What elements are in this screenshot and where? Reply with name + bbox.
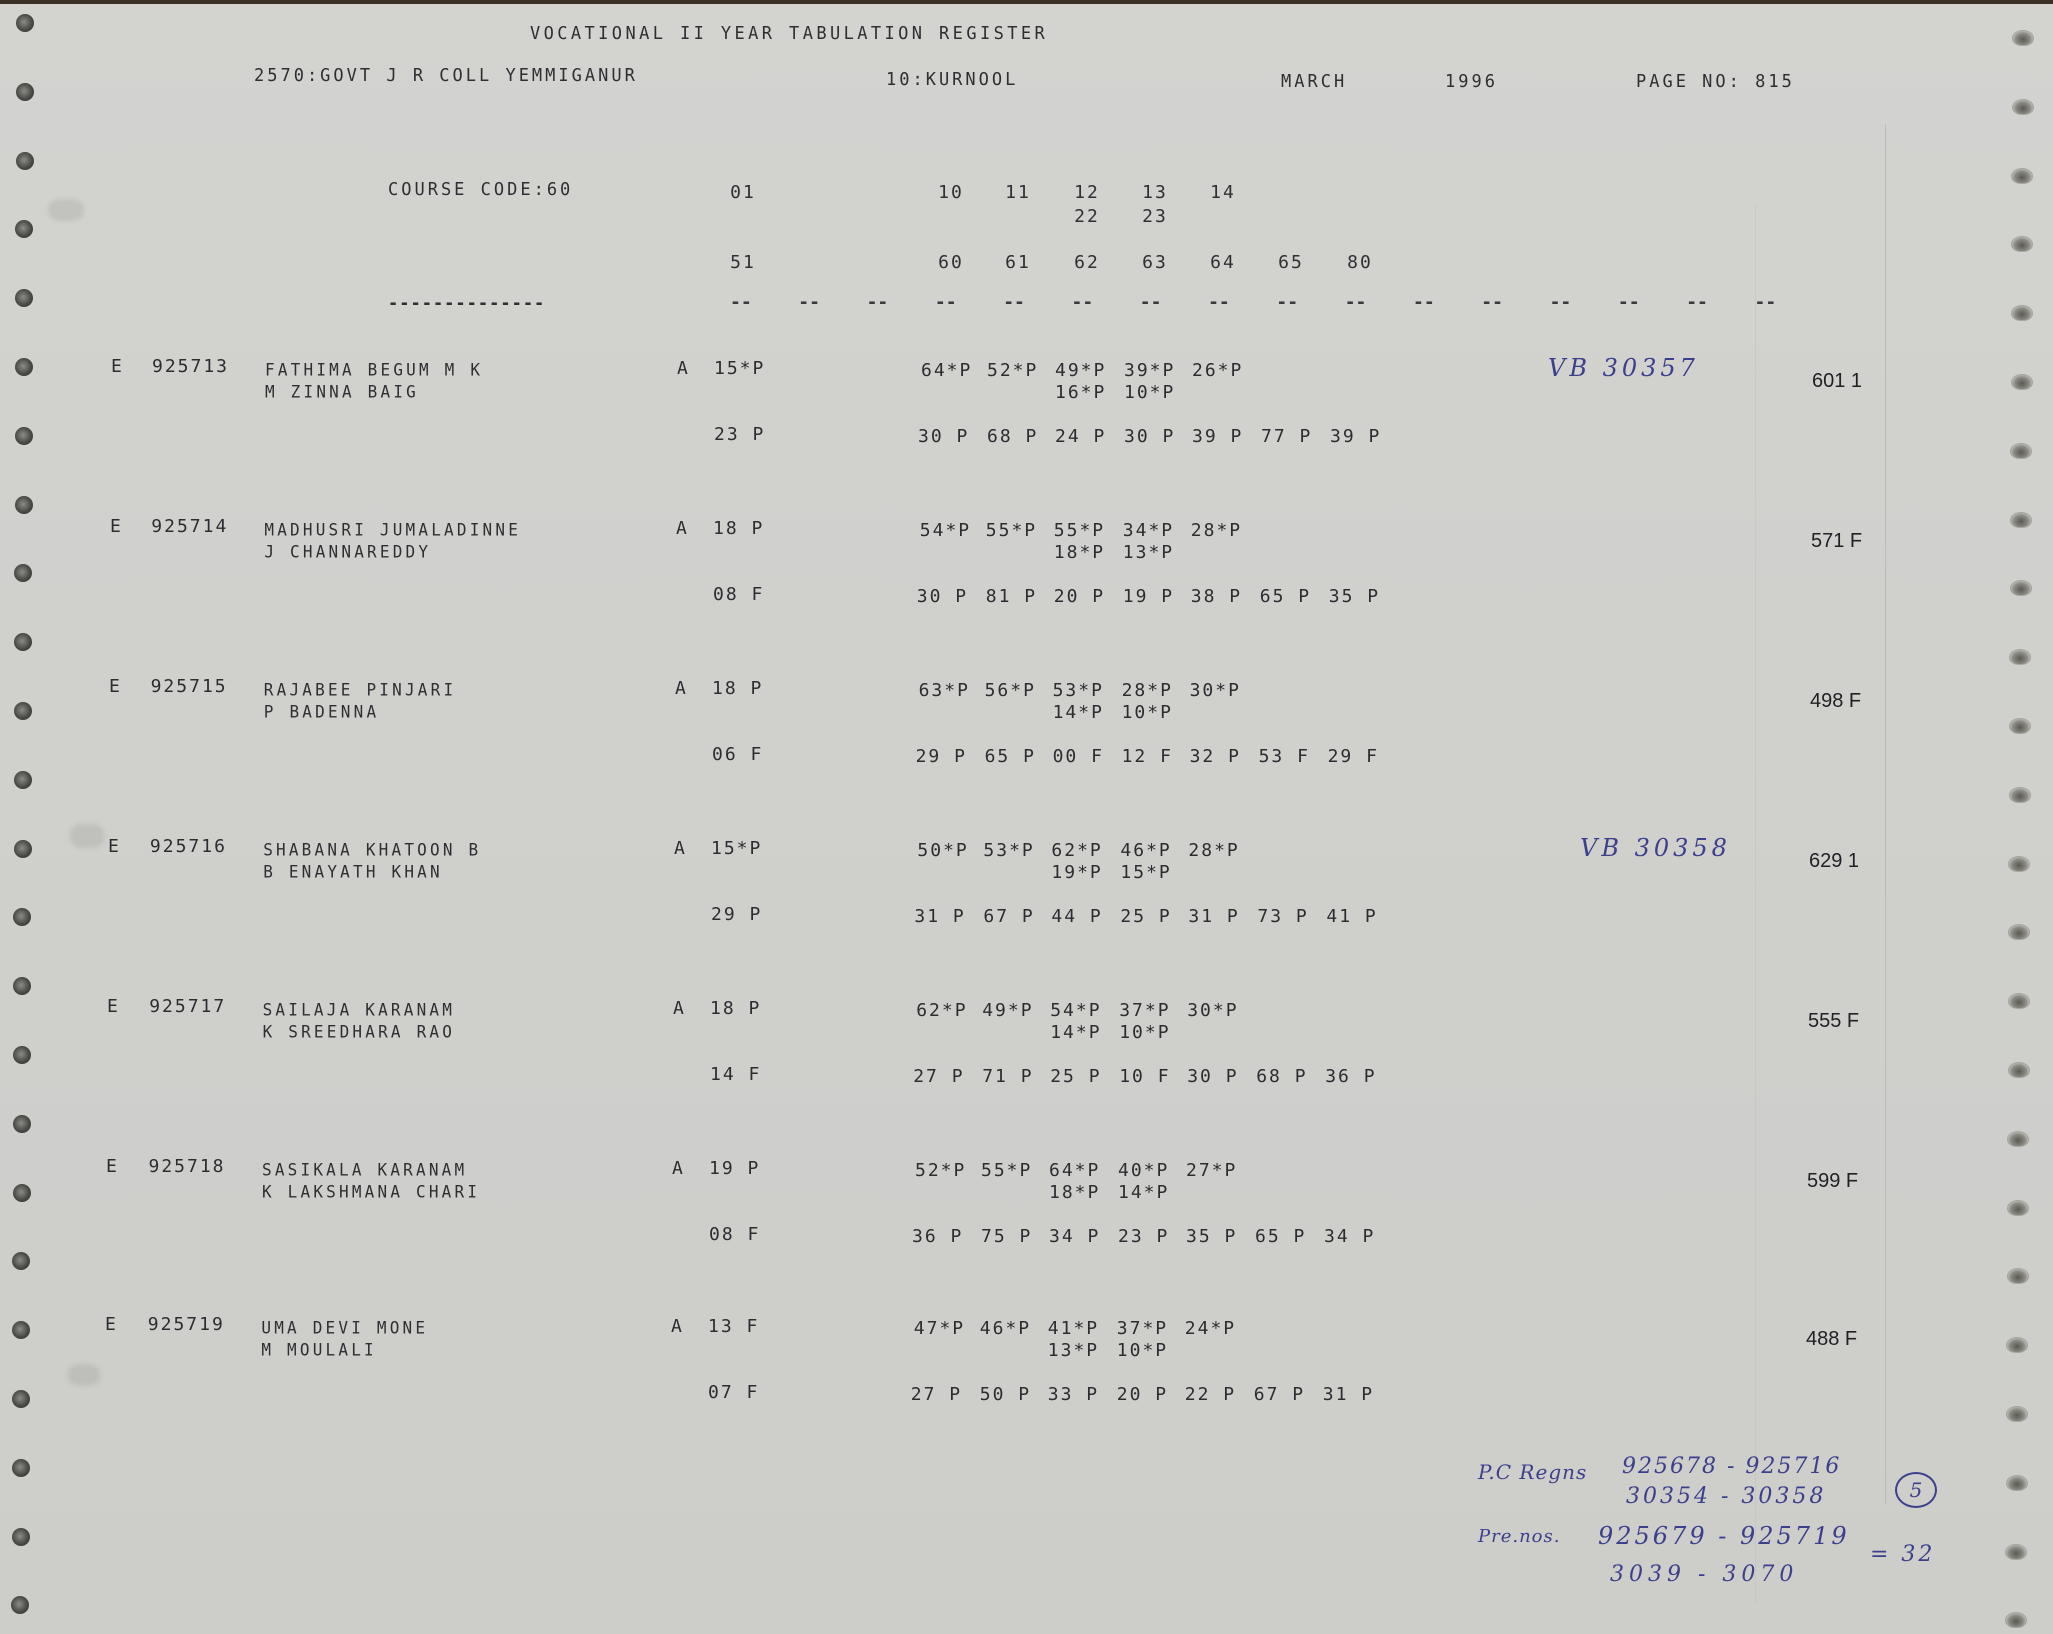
practical-mark: 20 P — [1117, 1384, 1168, 1405]
subject-mark-sub: 10*P — [1119, 1022, 1170, 1043]
subject-mark: 53*P — [983, 840, 1034, 861]
subject-code: 80 — [1335, 252, 1385, 273]
left-feed-hole — [16, 14, 34, 32]
total-and-result: 599 F — [1807, 1170, 1858, 1193]
column-rule-dash: -- — [1276, 292, 1298, 313]
parent-name: M MOULALI — [261, 1340, 377, 1360]
part-label: A — [671, 1316, 684, 1337]
left-feed-hole — [12, 1390, 30, 1408]
roll-number: 925715 — [151, 676, 228, 697]
stream-code: E — [110, 516, 123, 537]
right-feed-hole — [2005, 1544, 2027, 1560]
practical-mark: 20 P — [1054, 586, 1105, 607]
stream-code: E — [109, 676, 122, 697]
subject-mark-sub: 14*P — [1050, 1022, 1101, 1043]
roll-number: 925717 — [149, 996, 226, 1017]
stream-code: E — [106, 1156, 119, 1177]
practical-mark: 35 P — [1186, 1226, 1237, 1247]
column-rule-dash: -- — [1140, 292, 1162, 313]
practical-mark: 33 P — [1048, 1384, 1099, 1405]
student-name: UMA DEVI MONE — [261, 1318, 428, 1338]
tabulation-register-sheet: VOCATIONAL II YEAR TABULATION REGISTER 2… — [0, 4, 2053, 1634]
subject-mark: 34*P — [1123, 520, 1174, 541]
first-year-mark: 15*P — [714, 358, 765, 379]
left-feed-hole — [13, 1046, 31, 1064]
left-feed-hole — [13, 1184, 31, 1202]
left-feed-hole — [14, 702, 32, 720]
course-code: COURSE CODE:60 — [388, 180, 573, 201]
practical-mark: 25 P — [1050, 1066, 1101, 1087]
subject-mark: 41*P — [1048, 1318, 1099, 1339]
subject-mark: 54*P — [920, 520, 971, 541]
subject-mark: 52*P — [915, 1160, 966, 1181]
left-feed-hole — [15, 358, 33, 376]
right-feed-hole — [2011, 305, 2033, 321]
subject-mark: 37*P — [1119, 1000, 1170, 1021]
subject-mark: 28*P — [1188, 840, 1239, 861]
subject-mark: 49*P — [982, 1000, 1033, 1021]
practical-mark: 30 P — [917, 586, 968, 607]
left-feed-hole — [13, 1115, 31, 1133]
practical-mark: 67 P — [983, 906, 1034, 927]
second-year-mark: 06 F — [712, 744, 763, 765]
student-name: SHABANA KHATOON B — [263, 840, 481, 860]
left-feed-hole — [15, 496, 33, 514]
first-year-mark: 18 P — [712, 678, 763, 699]
practical-mark: 29 F — [1328, 746, 1379, 767]
subject-mark: 26*P — [1192, 360, 1243, 381]
practical-mark: 30 P — [918, 426, 969, 447]
parent-name: J CHANNAREDDY — [264, 542, 431, 562]
subject-mark-sub: 10*P — [1117, 1340, 1168, 1361]
right-feed-hole — [2006, 1406, 2028, 1422]
second-year-mark: 23 P — [714, 424, 765, 445]
subject-code: 11 — [993, 182, 1043, 203]
left-feed-hole — [16, 152, 34, 170]
right-feed-hole — [2005, 1612, 2027, 1628]
subject-mark: 64*P — [1049, 1160, 1100, 1181]
note-pc-range: 925678 - 925716 — [1622, 1454, 1841, 1479]
second-year-mark: 14 F — [710, 1064, 761, 1085]
right-feed-hole — [2009, 649, 2031, 665]
subject-code: 63 — [1130, 252, 1180, 273]
first-year-mark: 18 P — [710, 998, 761, 1019]
name-column-rule: -------------- — [388, 294, 545, 315]
second-year-mark: 08 F — [713, 584, 764, 605]
column-rule-dash: -- — [1755, 292, 1777, 313]
exam-month: MARCH — [1281, 72, 1347, 93]
subject-mark: 62*P — [916, 1000, 967, 1021]
stream-code: E — [107, 996, 120, 1017]
left-feed-hole — [16, 83, 34, 101]
practical-mark: 10 F — [1119, 1066, 1170, 1087]
pencil-tick-mark — [70, 824, 104, 848]
practical-mark: 31 P — [1188, 906, 1239, 927]
practical-mark: 77 P — [1261, 426, 1312, 447]
student-name: FATHIMA BEGUM M K — [265, 360, 483, 380]
practical-mark: 27 P — [911, 1384, 962, 1405]
subject-mark: 63*P — [919, 680, 970, 701]
subject-mark: 28*P — [1122, 680, 1173, 701]
right-feed-hole — [2011, 168, 2033, 184]
column-rule-dash: -- — [1072, 292, 1094, 313]
right-feed-hole — [2007, 1200, 2029, 1216]
practical-mark: 75 P — [981, 1226, 1032, 1247]
right-feed-hole — [2006, 1337, 2028, 1353]
total-and-result: 571 F — [1811, 530, 1862, 553]
column-rule-dash: -- — [1686, 292, 1708, 313]
pencil-tick-mark — [48, 199, 84, 221]
first-year-mark: 18 P — [713, 518, 764, 539]
subject-mark-sub: 18*P — [1054, 542, 1105, 563]
right-feed-hole — [2008, 856, 2030, 872]
page-number: PAGE NO: 815 — [1636, 72, 1795, 93]
student-name: RAJABEE PINJARI — [264, 680, 457, 700]
parent-name: K LAKSHMANA CHARI — [262, 1182, 480, 1202]
subject-code: 62 — [1062, 252, 1112, 273]
practical-mark: 27 P — [913, 1066, 964, 1087]
second-year-mark: 29 P — [711, 904, 762, 925]
subject-mark-sub: 13*P — [1048, 1340, 1099, 1361]
right-feed-hole — [2012, 30, 2034, 46]
column-rule-dash: -- — [867, 292, 889, 313]
practical-mark: 35 P — [1329, 586, 1380, 607]
part-label: A — [675, 678, 688, 699]
subject-mark: 28*P — [1191, 520, 1242, 541]
practical-mark: 65 P — [1255, 1226, 1306, 1247]
column-rule-dash: -- — [1413, 292, 1435, 313]
total-and-result: 601 1 — [1812, 370, 1862, 393]
part-label: A — [674, 838, 687, 859]
note-pre-range: 925679 - 925719 — [1598, 1522, 1850, 1550]
practical-mark: 36 P — [912, 1226, 963, 1247]
roll-number: 925713 — [152, 356, 229, 377]
stream-code: E — [105, 1314, 118, 1335]
subject-code: 65 — [1266, 252, 1316, 273]
subject-mark: 49*P — [1055, 360, 1106, 381]
practical-mark: 73 P — [1257, 906, 1308, 927]
parent-name: B ENAYATH KHAN — [263, 862, 443, 882]
second-year-mark: 08 F — [709, 1224, 760, 1245]
subject-code: 60 — [926, 252, 976, 273]
practical-mark: 25 P — [1120, 906, 1171, 927]
right-feed-hole — [2011, 236, 2033, 252]
practical-mark: 65 P — [985, 746, 1036, 767]
part-label: A — [672, 1158, 685, 1179]
practical-mark: 32 P — [1190, 746, 1241, 767]
practical-mark: 23 P — [1118, 1226, 1169, 1247]
subject-mark: 55*P — [986, 520, 1037, 541]
right-feed-hole — [2007, 1268, 2029, 1284]
column-rule-dash: -- — [798, 292, 820, 313]
college-name: 2570:GOVT J R COLL YEMMIGANUR — [254, 66, 638, 87]
total-and-result: 498 F — [1810, 690, 1861, 713]
practical-mark: 30 P — [1124, 426, 1175, 447]
subject-mark-sub: 10*P — [1124, 382, 1175, 403]
subject-mark: 52*P — [987, 360, 1038, 381]
subject-mark-sub: 14*P — [1118, 1182, 1169, 1203]
practical-mark: 22 P — [1185, 1384, 1236, 1405]
subject-mark: 64*P — [921, 360, 972, 381]
part-label: A — [673, 998, 686, 1019]
faint-column-line — [1755, 204, 1756, 1604]
practical-mark: 39 P — [1192, 426, 1243, 447]
practical-mark: 31 P — [914, 906, 965, 927]
stream-code: E — [111, 356, 124, 377]
roll-number: 925719 — [148, 1314, 225, 1335]
practical-mark: 34 P — [1049, 1226, 1100, 1247]
practical-mark: 65 P — [1260, 586, 1311, 607]
column-rule-dash: -- — [1208, 292, 1230, 313]
handwritten-verification-note: VB 30358 — [1580, 834, 1731, 862]
column-rule-dash: -- — [1003, 292, 1025, 313]
note-pre-label: Pre.nos. — [1478, 1526, 1560, 1547]
practical-mark: 31 P — [1323, 1384, 1374, 1405]
column-rule-dash: -- — [935, 292, 957, 313]
subject-code: 13 — [1130, 182, 1180, 203]
subject-mark-sub: 10*P — [1122, 702, 1173, 723]
student-name: MADHUSRI JUMALADINNE — [264, 520, 521, 540]
subject-mark: 47*P — [914, 1318, 965, 1339]
practical-mark: 67 P — [1254, 1384, 1305, 1405]
left-feed-hole — [14, 771, 32, 789]
subject-code: 12 — [1062, 182, 1112, 203]
total-and-result: 555 F — [1808, 1010, 1859, 1033]
parent-name: M ZINNA BAIG — [265, 382, 419, 402]
subject-code: 01 — [718, 182, 768, 203]
right-feed-hole — [2007, 1131, 2029, 1147]
left-feed-hole — [15, 427, 33, 445]
subject-code: 14 — [1198, 182, 1248, 203]
practical-mark: 81 P — [986, 586, 1037, 607]
column-rule-dash: -- — [1481, 292, 1503, 313]
circled-count: 5 — [1895, 1472, 1937, 1508]
practical-mark: 12 F — [1122, 746, 1173, 767]
practical-mark: 41 P — [1326, 906, 1377, 927]
first-year-mark: 15*P — [711, 838, 762, 859]
student-name: SASIKALA KARANAM — [262, 1160, 467, 1180]
district: 10:KURNOOL — [886, 70, 1018, 91]
practical-mark: 29 P — [916, 746, 967, 767]
part-label: A — [677, 358, 690, 379]
roll-number: 925718 — [149, 1156, 226, 1177]
practical-mark: 24 P — [1055, 426, 1106, 447]
subject-mark-sub: 15*P — [1120, 862, 1171, 883]
subject-code: 61 — [993, 252, 1043, 273]
right-feed-hole — [2006, 1475, 2028, 1491]
total-and-result: 488 F — [1806, 1328, 1857, 1351]
left-feed-hole — [12, 1528, 30, 1546]
subject-mark-sub: 19*P — [1051, 862, 1102, 883]
right-feed-hole — [2010, 580, 2032, 596]
subject-mark: 55*P — [981, 1160, 1032, 1181]
column-rule-dash: -- — [730, 292, 752, 313]
subject-mark: 55*P — [1054, 520, 1105, 541]
column-rule-dash: -- — [1618, 292, 1640, 313]
practical-mark: 34 P — [1324, 1226, 1375, 1247]
subject-mark-sub: 13*P — [1123, 542, 1174, 563]
right-feed-hole — [2009, 787, 2031, 803]
pencil-tick-mark — [68, 1364, 100, 1386]
subject-mark-sub: 18*P — [1049, 1182, 1100, 1203]
subject-mark: 50*P — [917, 840, 968, 861]
practical-mark: 30 P — [1187, 1066, 1238, 1087]
subject-mark: 46*P — [1120, 840, 1171, 861]
first-year-mark: 13 F — [708, 1316, 759, 1337]
subject-code: 10 — [926, 182, 976, 203]
right-feed-hole — [2009, 718, 2031, 734]
subject-mark: 40*P — [1118, 1160, 1169, 1181]
right-feed-hole — [2011, 374, 2033, 390]
handwritten-verification-note: VB 30357 — [1548, 354, 1699, 382]
right-feed-hole — [2008, 993, 2030, 1009]
subject-mark: 56*P — [985, 680, 1036, 701]
parent-name: P BADENNA — [264, 702, 380, 722]
note-total: = 32 — [1870, 1542, 1935, 1567]
subject-mark: 27*P — [1186, 1160, 1237, 1181]
subject-mark: 62*P — [1051, 840, 1102, 861]
subject-mark: 39*P — [1124, 360, 1175, 381]
first-year-mark: 19 P — [709, 1158, 760, 1179]
practical-mark: 71 P — [982, 1066, 1033, 1087]
total-and-result: 629 1 — [1809, 850, 1859, 873]
practical-mark: 50 P — [980, 1384, 1031, 1405]
right-feed-hole — [2010, 512, 2032, 528]
subject-mark: 30*P — [1187, 1000, 1238, 1021]
subject-mark: 54*P — [1050, 1000, 1101, 1021]
column-rule-dash: -- — [1345, 292, 1367, 313]
roll-number: 925716 — [150, 836, 227, 857]
second-year-mark: 07 F — [708, 1382, 759, 1403]
right-feed-hole — [2010, 443, 2032, 459]
faint-column-line — [1885, 124, 1886, 1504]
subject-code-sub: 22 — [1062, 206, 1112, 227]
exam-year: 1996 — [1445, 72, 1498, 93]
stream-code: E — [108, 836, 121, 857]
practical-mark: 38 P — [1191, 586, 1242, 607]
subject-code: 51 — [718, 252, 768, 273]
practical-mark: 68 P — [1256, 1066, 1307, 1087]
register-title: VOCATIONAL II YEAR TABULATION REGISTER — [530, 24, 1048, 45]
note-pc-range-2: 30354 - 30358 — [1626, 1484, 1826, 1509]
left-feed-hole — [12, 1459, 30, 1477]
column-rule-dash: -- — [1550, 292, 1572, 313]
note-pre-range-2: 3039 - 3070 — [1610, 1562, 1798, 1587]
student-name: SAILAJA KARANAM — [263, 1000, 456, 1020]
note-pc-label: P.C Regns — [1478, 1460, 1587, 1484]
subject-mark-sub: 16*P — [1055, 382, 1106, 403]
left-feed-hole — [14, 840, 32, 858]
right-feed-hole — [2008, 1062, 2030, 1078]
subject-mark: 30*P — [1190, 680, 1241, 701]
subject-mark-sub: 14*P — [1053, 702, 1104, 723]
subject-mark: 24*P — [1185, 1318, 1236, 1339]
subject-mark: 46*P — [980, 1318, 1031, 1339]
subject-code: 64 — [1198, 252, 1248, 273]
subject-mark: 37*P — [1117, 1318, 1168, 1339]
part-label: A — [676, 518, 689, 539]
practical-mark: 68 P — [987, 426, 1038, 447]
practical-mark: 39 P — [1330, 426, 1381, 447]
practical-mark: 44 P — [1051, 906, 1102, 927]
subject-code-sub: 23 — [1130, 206, 1180, 227]
right-feed-hole — [2008, 924, 2030, 940]
roll-number: 925714 — [151, 516, 228, 537]
subject-mark: 53*P — [1053, 680, 1104, 701]
practical-mark: 00 F — [1053, 746, 1104, 767]
practical-mark: 36 P — [1325, 1066, 1376, 1087]
practical-mark: 19 P — [1123, 586, 1174, 607]
right-feed-hole — [2012, 99, 2034, 115]
parent-name: K SREEDHARA RAO — [263, 1022, 456, 1042]
practical-mark: 53 F — [1259, 746, 1310, 767]
